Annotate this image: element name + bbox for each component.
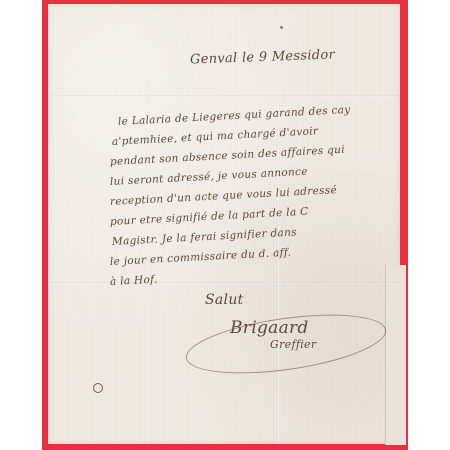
- folded-paper-edge: [385, 265, 406, 445]
- fold-line-horizontal-top: [48, 95, 400, 97]
- letter-closing: Salut: [205, 292, 244, 308]
- fold-line-horizontal-middle: [48, 282, 400, 284]
- letter-paper: [48, 4, 400, 444]
- ink-circle-mark: [93, 383, 103, 393]
- letter-line: à la Hof.: [110, 274, 158, 288]
- fold-line-vertical-right: [277, 4, 280, 444]
- ink-speck: [280, 26, 283, 29]
